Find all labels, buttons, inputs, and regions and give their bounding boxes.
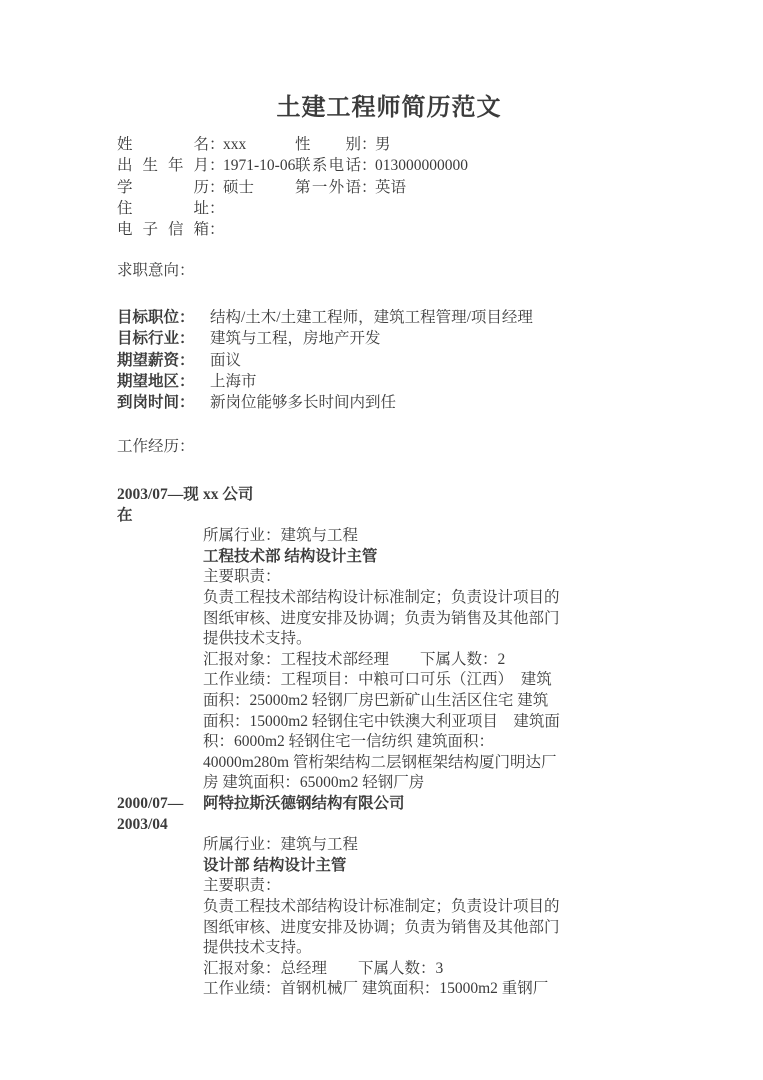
field-value-education: 硕士 [223,177,295,198]
field-value-address [223,198,295,219]
job-period: 2003/07—现 在 [117,485,203,794]
job-entry-2: 2000/07— 2003/04 阿特拉斯沃德钢结构有限公司 所属行业：建筑与工… [117,794,763,1000]
field-label-first-language: 第一外语 [295,177,361,198]
duty-paragraph: 负责工程技术部结构设计标准制定；负责设计项目的 图纸审核、进度安排及协调；负责为… [203,588,559,650]
field-value-gender: 男 [375,134,763,155]
field-label-education: 学历 [117,177,209,198]
field-value-birthdate: 1971-10-06 [223,155,295,176]
intent-label-target-industry: 目标行业： [117,328,210,349]
intent-row-expected-salary: 期望薪资： 面议 [117,350,763,371]
achievement-paragraph: 工作业绩：首钢机械厂 建筑面积：15000m2 重钢厂 [203,979,559,1000]
info-row-name-gender: 姓名 ： xxx 性别 ： 男 [117,134,763,155]
section-heading-job-intention: 求职意向： [117,260,763,281]
field-value-first-language: 英语 [375,177,763,198]
job-period: 2000/07— 2003/04 [117,794,203,1000]
basic-info-section: 姓名 ： xxx 性别 ： 男 出生年月 ： 1971-10-06 联系电话 ：… [117,134,763,240]
intent-value-target-industry: 建筑与工程，房地产开发 [210,328,763,349]
position-title: 设计部 结构设计主管 [203,856,559,877]
intent-value-availability: 新岗位能够多长时间内到任 [210,392,763,413]
intent-label-availability: 到岗时间： [117,392,210,413]
colon: ： [209,219,223,240]
report-line: 汇报对象：总经理 下属人数：3 [203,959,559,980]
intent-label-expected-location: 期望地区： [117,371,210,392]
report-line: 汇报对象：工程技术部经理 下属人数：2 [203,650,559,671]
field-label-birthdate: 出生年月 [117,155,209,176]
page-title: 土建工程师简历范文 [171,92,607,124]
info-row-education-language: 学历 ： 硕士 第一外语 ： 英语 [117,177,763,198]
intent-row-target-industry: 目标行业： 建筑与工程，房地产开发 [117,328,763,349]
field-value-name: xxx [223,134,295,155]
company-name: 阿特拉斯沃德钢结构有限公司 [203,794,559,815]
resume-document: 土建工程师简历范文 姓名 ： xxx 性别 ： 男 出生年月 ： 1971-10… [0,0,763,1080]
intent-label-expected-salary: 期望薪资： [117,350,210,371]
info-row-birth-phone: 出生年月 ： 1971-10-06 联系电话 ： 013000000000 [117,155,763,176]
intent-row-target-position: 目标职位： 结构/土木/土建工程师，建筑工程管理/项目经理 [117,307,763,328]
duty-heading: 主要职责： [203,876,559,897]
field-label-empty [295,219,361,240]
field-label-name: 姓名 [117,134,209,155]
intent-value-target-position: 结构/土木/土建工程师，建筑工程管理/项目经理 [210,307,763,328]
intent-row-expected-location: 期望地区： 上海市 [117,371,763,392]
field-value-email [223,219,295,240]
colon: ： [209,134,223,155]
colon-empty [361,219,375,240]
colon: ： [209,155,223,176]
intent-value-expected-location: 上海市 [210,371,763,392]
field-value-empty [375,219,763,240]
industry-line: 所属行业：建筑与工程 [203,526,559,547]
intent-row-availability: 到岗时间： 新岗位能够多长时间内到任 [117,392,763,413]
job-entry-1: 2003/07—现 在 xx 公司 所属行业：建筑与工程 工程技术部 结构设计主… [117,485,763,794]
intent-value-expected-salary: 面议 [210,350,763,371]
colon-empty [361,198,375,219]
duty-paragraph: 负责工程技术部结构设计标准制定；负责设计项目的 图纸审核、进度安排及协调；负责为… [203,897,559,959]
colon: ： [209,198,223,219]
job-content: xx 公司 所属行业：建筑与工程 工程技术部 结构设计主管 主要职责： 负责工程… [203,485,559,794]
info-row-email: 电子信箱 ： [117,219,763,240]
field-value-empty [375,198,763,219]
colon: ： [209,177,223,198]
section-heading-work-experience: 工作经历： [117,436,763,457]
field-value-phone: 013000000000 [375,155,763,176]
industry-line: 所属行业：建筑与工程 [203,835,559,856]
colon: ： [361,134,375,155]
colon: ： [361,177,375,198]
duty-heading: 主要职责： [203,567,559,588]
job-content: 阿特拉斯沃德钢结构有限公司 所属行业：建筑与工程 设计部 结构设计主管 主要职责… [203,794,559,1000]
intent-label-target-position: 目标职位： [117,307,210,328]
company-name: xx 公司 [203,485,559,506]
field-label-email: 电子信箱 [117,219,209,240]
position-title: 工程技术部 结构设计主管 [203,547,559,568]
field-label-phone: 联系电话 [295,155,361,176]
field-label-empty [295,198,361,219]
field-label-gender: 性别 [295,134,361,155]
job-intention-section: 目标职位： 结构/土木/土建工程师，建筑工程管理/项目经理 目标行业： 建筑与工… [117,307,763,414]
info-row-address: 住址 ： [117,198,763,219]
colon: ： [361,155,375,176]
field-label-address: 住址 [117,198,209,219]
achievement-paragraph: 工作业绩：工程项目：中粮可口可乐（江西） 建筑 面积：25000m2 轻钢厂房巴… [203,670,559,794]
